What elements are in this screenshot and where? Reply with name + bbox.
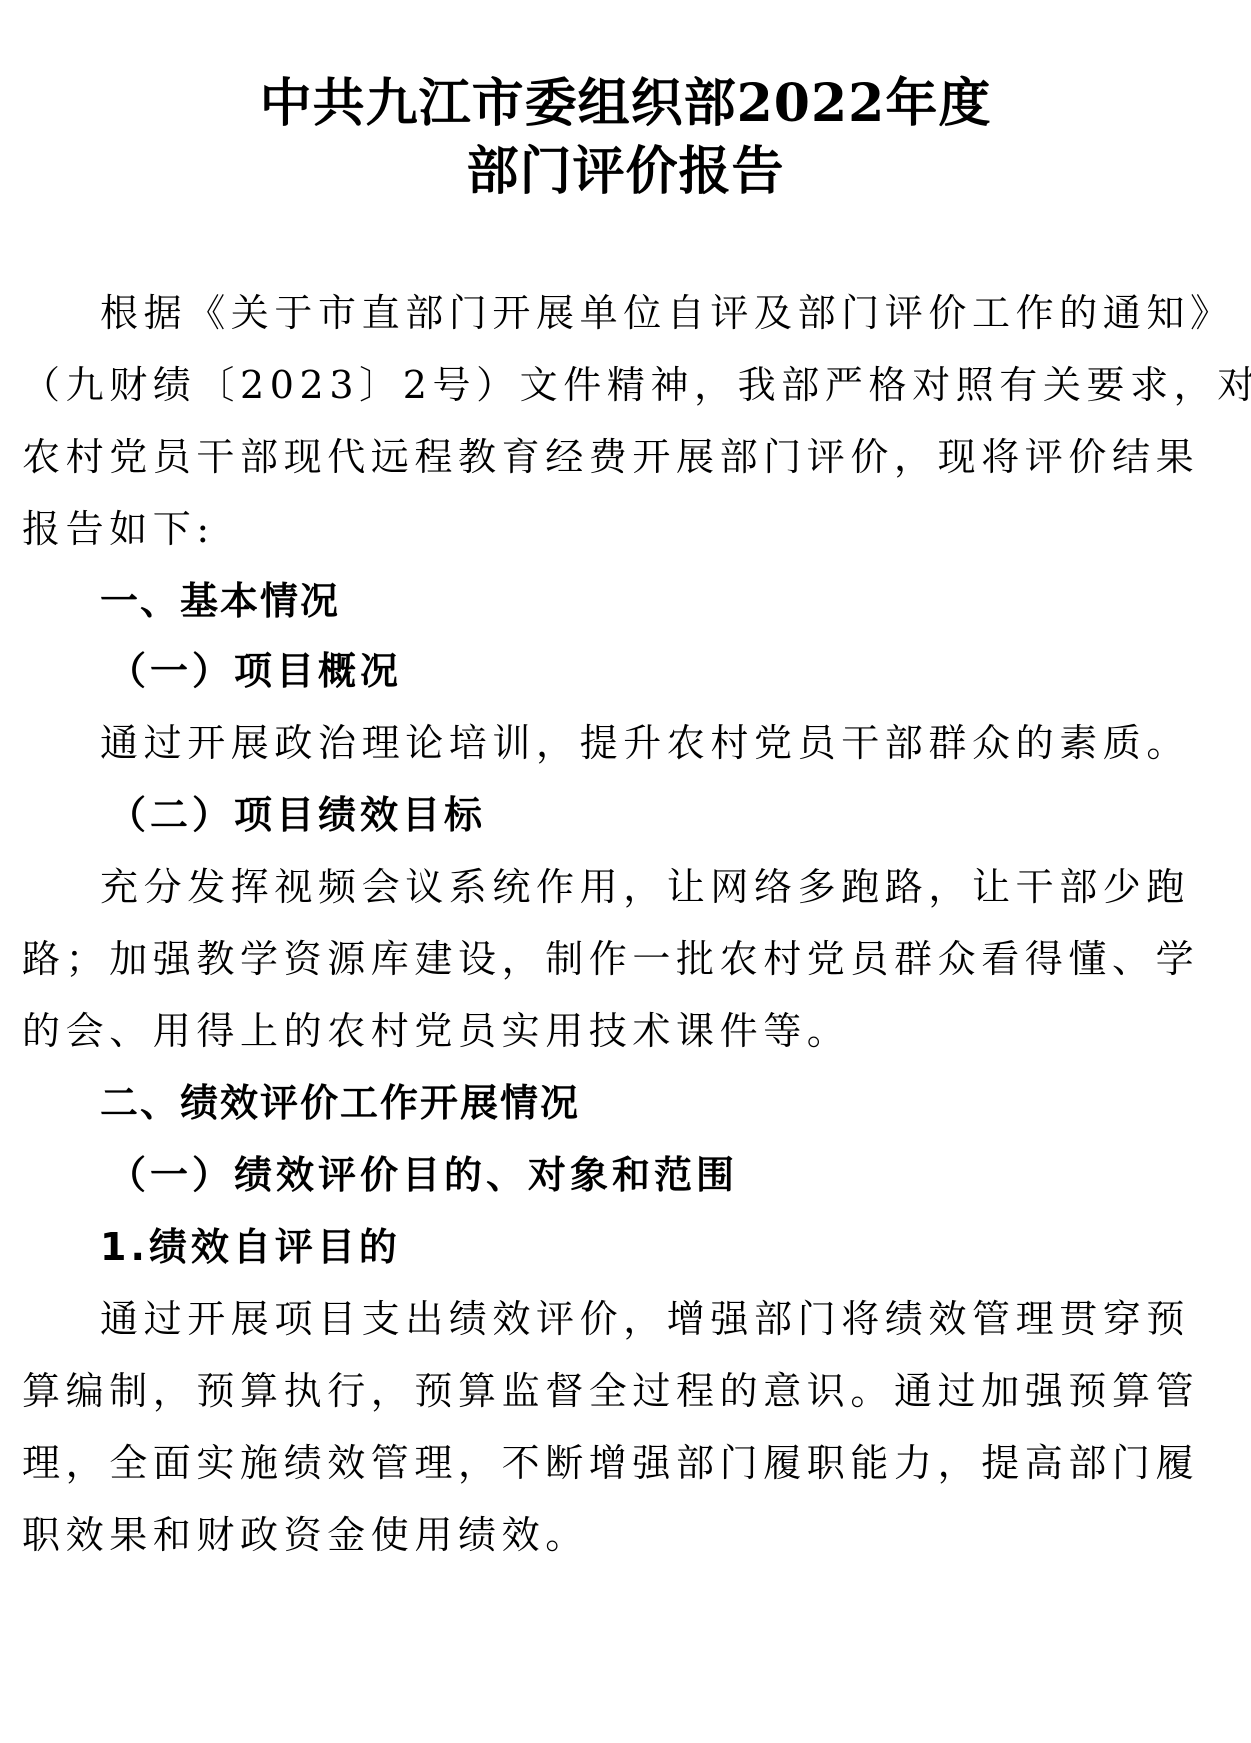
section-heading-evaluation-work: 二、绩效评价工作开展情况	[100, 1078, 580, 1128]
performance-goals-line-2: 路；加强教学资源库建设，制作一批农村党员群众看得懂、学	[22, 934, 1199, 984]
section-heading-basic-info: 一、基本情况	[100, 576, 340, 626]
self-evaluation-purpose-line-4: 职效果和财政资金使用绩效。	[22, 1510, 589, 1560]
document-title-line-2: 部门评价报告	[0, 140, 1251, 204]
item-heading-self-evaluation-purpose: 1.绩效自评目的	[100, 1222, 401, 1272]
intro-paragraph-line-3: 农村党员干部现代远程教育经费开展部门评价，现将评价结果	[22, 432, 1199, 482]
subsection-heading-evaluation-purpose-scope: （一）绩效评价目的、对象和范围	[108, 1150, 738, 1200]
performance-goals-line-1: 充分发挥视频会议系统作用，让网络多跑路，让干部少跑	[100, 862, 1190, 912]
self-evaluation-purpose-line-2: 算编制，预算执行，预算监督全过程的意识。通过加强预算管	[22, 1366, 1199, 1416]
performance-goals-line-3: 的会、用得上的农村党员实用技术课件等。	[22, 1006, 850, 1056]
self-evaluation-purpose-line-3: 理，全面实施绩效管理，不断增强部门履职能力，提高部门履	[22, 1438, 1199, 1488]
project-overview-line-1: 通过开展政治理论培训，提升农村党员干部群众的素质。	[100, 718, 1190, 768]
intro-paragraph-line-1: 根据《关于市直部门开展单位自评及部门评价工作的通知》	[100, 288, 1234, 338]
intro-paragraph-line-2: （九财绩〔2023〕2号）文件精神，我部严格对照有关要求，对	[22, 360, 1251, 410]
document-page: 中共九江市委组织部2022年度 部门评价报告 根据《关于市直部门开展单位自评及部…	[0, 0, 1251, 1743]
self-evaluation-purpose-line-1: 通过开展项目支出绩效评价，增强部门将绩效管理贯穿预	[100, 1294, 1190, 1344]
document-title-line-1: 中共九江市委组织部2022年度	[0, 72, 1251, 136]
subsection-heading-project-overview: （一）项目概况	[108, 646, 402, 696]
intro-paragraph-line-4: 报告如下:	[22, 504, 215, 554]
subsection-heading-performance-goals: （二）项目绩效目标	[108, 790, 486, 840]
